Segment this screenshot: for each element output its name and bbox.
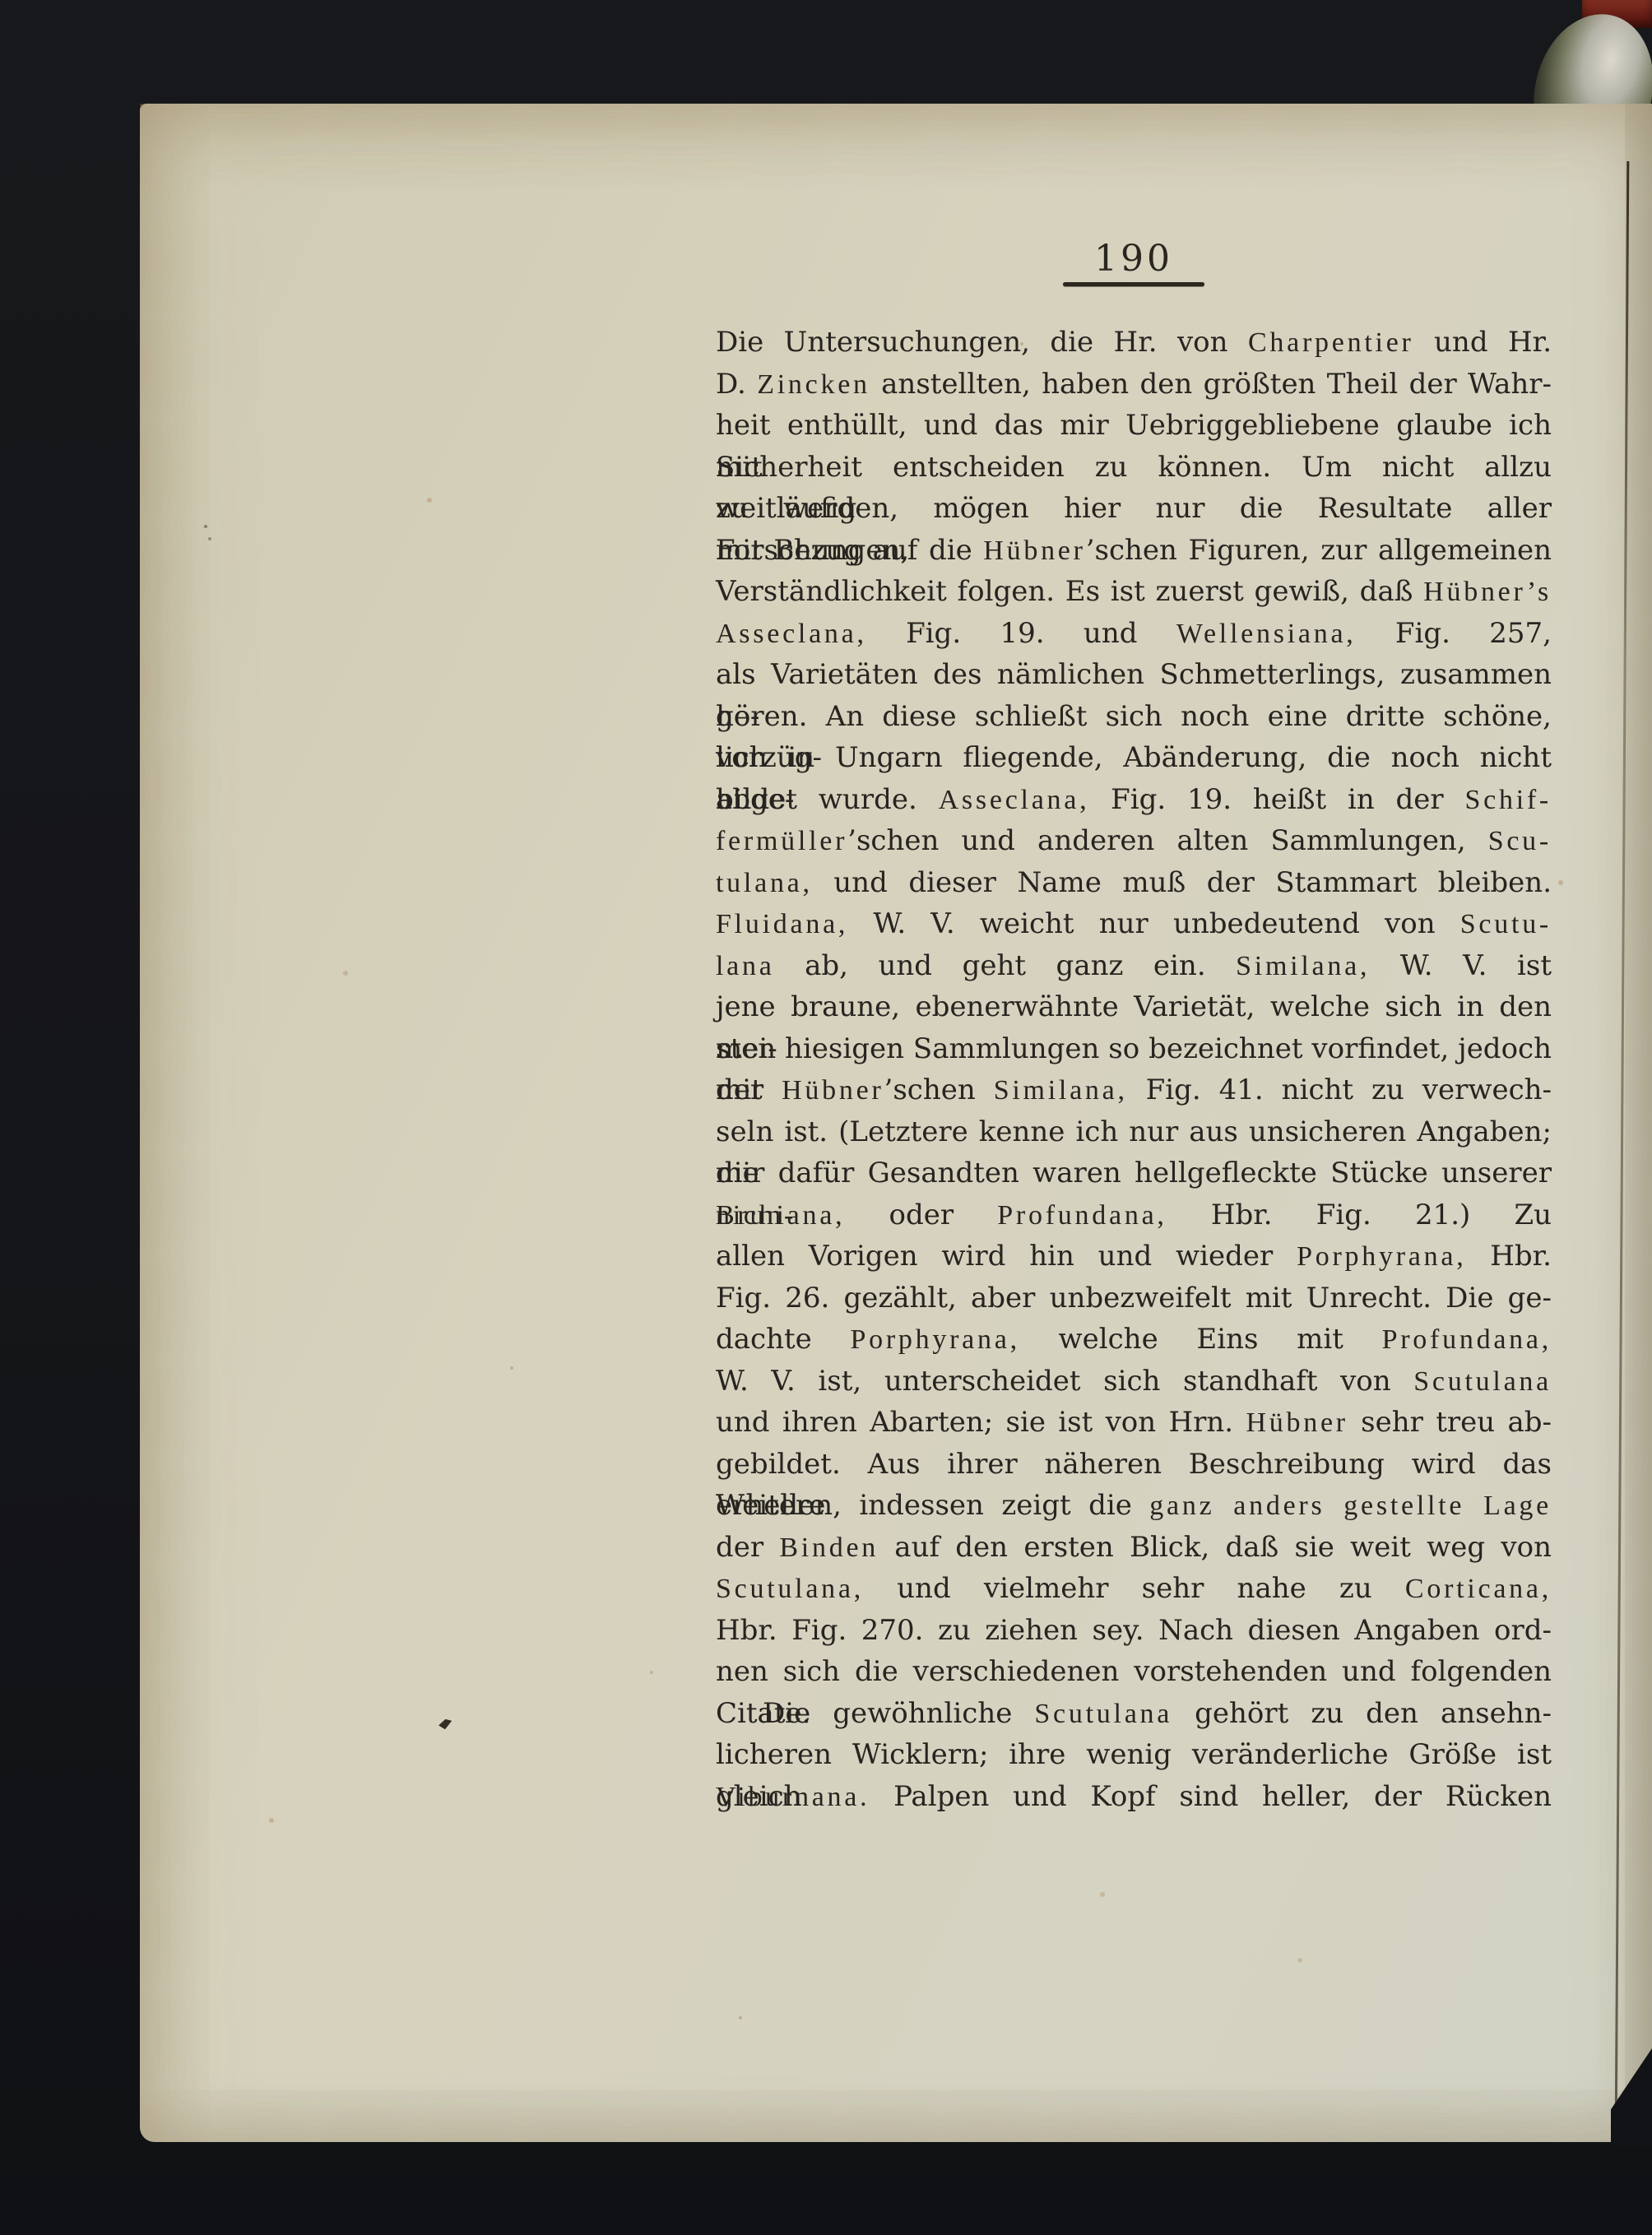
body-text: und dieser Name muß der Stammart bleiben… — [813, 866, 1552, 899]
paper-specks — [140, 104, 143, 107]
species-name-spaced: Profundana, — [997, 1200, 1167, 1231]
text-line: und ihren Abarten; sie ist von Hrn. Hübn… — [716, 1402, 1552, 1444]
text-line: dachte Porphyrana, welche Eins mit Profu… — [716, 1319, 1552, 1361]
species-name-spaced: Scutulana — [1034, 1699, 1172, 1729]
text-line: lana ab, und geht ganz ein. Similana, W.… — [716, 945, 1552, 987]
body-text: sehr treu ab- — [1348, 1406, 1552, 1439]
text-block: Die Untersuchungen, die Hr. von Charpent… — [716, 322, 1552, 1817]
species-name-spaced: Asseclana, — [939, 785, 1090, 815]
species-name-spaced: Scutulana — [1413, 1366, 1552, 1397]
body-text: und Hr. — [1414, 326, 1552, 359]
species-name-spaced: lana — [716, 951, 775, 981]
text-line: mir dafür Gesandten waren hellgefleckte … — [716, 1152, 1552, 1194]
text-line: zu werden, mögen hier nur die Resultate … — [716, 488, 1552, 530]
body-text: Hbr. Fig. 270. zu ziehen sey. Nach diese… — [716, 1614, 1552, 1647]
text-line: Asseclana, Fig. 19. und Wellensiana, Fig… — [716, 613, 1552, 655]
body-text: Verständlichkeit folgen. Es ist zuerst g… — [716, 575, 1423, 608]
text-line: allen Vorigen wird hin und wieder Porphy… — [716, 1236, 1552, 1277]
page-number-rule — [1063, 282, 1204, 286]
body-text: Die Untersuchungen, die Hr. von — [716, 326, 1248, 359]
text-line: nichiana, oder Profundana, Hbr. Fig. 21.… — [716, 1194, 1552, 1236]
species-name-spaced: ganz anders gestellte Lage — [1149, 1491, 1552, 1521]
body-text: W. V. ist — [1370, 949, 1552, 982]
species-name-spaced: Asseclana, — [716, 619, 867, 649]
text-line: hören. An diese schließt sich noch eine … — [716, 696, 1552, 738]
species-name-spaced: Fluidana, — [716, 909, 848, 939]
body-text: ab, und geht ganz ein. — [775, 949, 1237, 982]
margin-ink-mark — [438, 1718, 453, 1731]
species-name-spaced: Zincken — [757, 369, 870, 400]
body-text: gehört zu den ansehn- — [1172, 1697, 1552, 1730]
text-line: D. Zincken anstellten, haben den größten… — [716, 364, 1552, 406]
text-line: seln ist. (Letztere kenne ich nur aus un… — [716, 1111, 1552, 1153]
body-text: oder — [845, 1199, 997, 1231]
text-line: Die Untersuchungen, die Hr. von Charpent… — [716, 322, 1552, 364]
species-name-spaced: Binden — [779, 1533, 879, 1563]
species-name-spaced: Corticana, — [1405, 1574, 1552, 1604]
species-name-spaced: Porphyrana, — [850, 1324, 1019, 1355]
text-line: jene braune, ebenerwähnte Varietät, welc… — [716, 986, 1552, 1028]
species-name-spaced: Profundana, — [1382, 1324, 1552, 1355]
body-text: dachte — [716, 1323, 850, 1356]
scan-photo: { "colors": { "background": "#151619", "… — [0, 0, 1652, 2235]
body-text: mit Bezug auf die — [716, 534, 983, 567]
body-text: erhellen, indessen zeigt die — [716, 1489, 1149, 1522]
text-line: als Varietäten des nämlichen Schmetterli… — [716, 654, 1552, 696]
body-text: D. — [716, 368, 757, 401]
body-text: allen Vorigen wird hin und wieder — [716, 1240, 1297, 1273]
body-text: ’schen und anderen alten Sammlungen, — [847, 824, 1488, 857]
text-line: der Binden auf den ersten Blick, daß sie… — [716, 1527, 1552, 1569]
body-text: welche Eins mit — [1020, 1323, 1382, 1356]
book-page: 190 Die Untersuchungen, die Hr. von Char… — [140, 104, 1652, 2142]
text-line: Scutulana, und vielmehr sehr nahe zu Cor… — [716, 1568, 1552, 1610]
body-text: Hbr. Fig. 21.) Zu — [1167, 1199, 1552, 1231]
text-line: Verständlichkeit folgen. Es ist zuerst g… — [716, 571, 1552, 613]
species-name-spaced: Schif- — [1464, 785, 1552, 815]
species-name-spaced: Scutu- — [1460, 909, 1552, 939]
species-name-spaced: Viburnana. — [716, 1782, 870, 1812]
text-line: licheren Wicklern; ihre wenig veränderli… — [716, 1734, 1552, 1776]
species-name-spaced: tulana, — [716, 868, 813, 898]
species-name-spaced: Hübner — [1246, 1407, 1348, 1438]
body-text: anstellten, haben den größten Theil der … — [870, 368, 1552, 401]
text-line: heit enthüllt, und das mir Uebriggeblieb… — [716, 405, 1552, 447]
text-line: Fig. 26. gezählt, aber unbezweifelt mit … — [716, 1277, 1552, 1319]
body-text: ’schen Figuren, zur allgemeinen — [1086, 534, 1552, 567]
text-line: Viburnana. Palpen und Kopf sind heller, … — [716, 1776, 1552, 1818]
species-name-spaced: Charpentier — [1248, 327, 1414, 358]
body-text: und ihren Abarten; sie ist von Hrn. — [716, 1406, 1246, 1439]
body-text: bildet wurde. — [716, 783, 939, 816]
text-line: nen sich die verschiedenen vorstehenden … — [716, 1651, 1552, 1693]
body-text: Palpen und Kopf sind heller, der Rücken — [870, 1780, 1552, 1813]
text-line: Hbr. Fig. 270. zu ziehen sey. Nach diese… — [716, 1610, 1552, 1652]
text-line: gebildet. Aus ihrer näheren Beschreibung… — [716, 1444, 1552, 1486]
page-header: 190 — [716, 240, 1552, 286]
species-name-spaced: Porphyrana, — [1297, 1241, 1466, 1272]
text-line: lich in Ungarn fliegende, Abänderung, di… — [716, 737, 1552, 779]
page-outer-margin-fold — [1625, 104, 1652, 2142]
text-line: bildet wurde. Asseclana, Fig. 19. heißt … — [716, 779, 1552, 821]
species-name-spaced: Similana, — [1236, 951, 1370, 981]
body-text: der — [716, 1073, 782, 1106]
text-line: Fluidana, W. V. weicht nur unbedeutend v… — [716, 903, 1552, 945]
species-name-spaced: Scu- — [1488, 826, 1552, 856]
species-name-spaced: Wellensiana, — [1176, 619, 1357, 649]
text-line: mit Bezug auf die Hübner’schen Figuren, … — [716, 530, 1552, 572]
species-name-spaced: Scutulana, — [716, 1574, 864, 1604]
text-line: Die gewöhnliche Scutulana gehört zu den … — [716, 1693, 1552, 1735]
body-text: auf den ersten Blick, daß sie weit weg v… — [879, 1531, 1552, 1564]
text-line: der Hübner’schen Similana, Fig. 41. nich… — [716, 1069, 1552, 1111]
body-text: Fig. 19. heißt in der — [1089, 783, 1464, 816]
body-text: und vielmehr sehr nahe zu — [864, 1572, 1405, 1605]
species-name-spaced: Hübner — [782, 1075, 884, 1106]
text-line: Sicherheit entscheiden zu können. Um nic… — [716, 447, 1552, 489]
text-line: tulana, und dieser Name muß der Stammart… — [716, 862, 1552, 904]
species-name-spaced: Similana, — [994, 1075, 1128, 1106]
text-line: fermüller’schen und anderen alten Sammlu… — [716, 820, 1552, 862]
text-line: sten hiesigen Sammlungen so bezeichnet v… — [716, 1028, 1552, 1070]
body-text: Hbr. — [1466, 1240, 1552, 1273]
body-text: Fig. 26. gezählt, aber unbezweifelt mit … — [716, 1282, 1552, 1315]
body-text: ’schen — [884, 1073, 994, 1106]
body-text: Fig. 257, — [1357, 617, 1552, 650]
body-text: mir dafür Gesandten waren hellgefleckte … — [716, 1157, 1552, 1189]
species-name-spaced: Hübner — [983, 536, 1085, 566]
body-text: W. V. ist, unterscheidet sich standhaft … — [716, 1365, 1413, 1398]
page-number: 190 — [716, 240, 1552, 278]
body-text: W. V. weicht nur unbedeutend von — [848, 907, 1460, 940]
text-line: erhellen, indessen zeigt die ganz anders… — [716, 1485, 1552, 1527]
body-text: Fig. 19. und — [867, 617, 1176, 650]
body-text: Die gewöhnliche — [763, 1697, 1034, 1730]
species-name-spaced: fermüller — [716, 826, 847, 856]
species-name-spaced: nichiana, — [716, 1200, 845, 1231]
body-text: der — [716, 1531, 779, 1564]
species-name-spaced: Hübner’s — [1423, 577, 1552, 607]
body-text: Fig. 41. nicht zu verwech- — [1128, 1073, 1552, 1106]
text-line: W. V. ist, unterscheidet sich standhaft … — [716, 1361, 1552, 1403]
